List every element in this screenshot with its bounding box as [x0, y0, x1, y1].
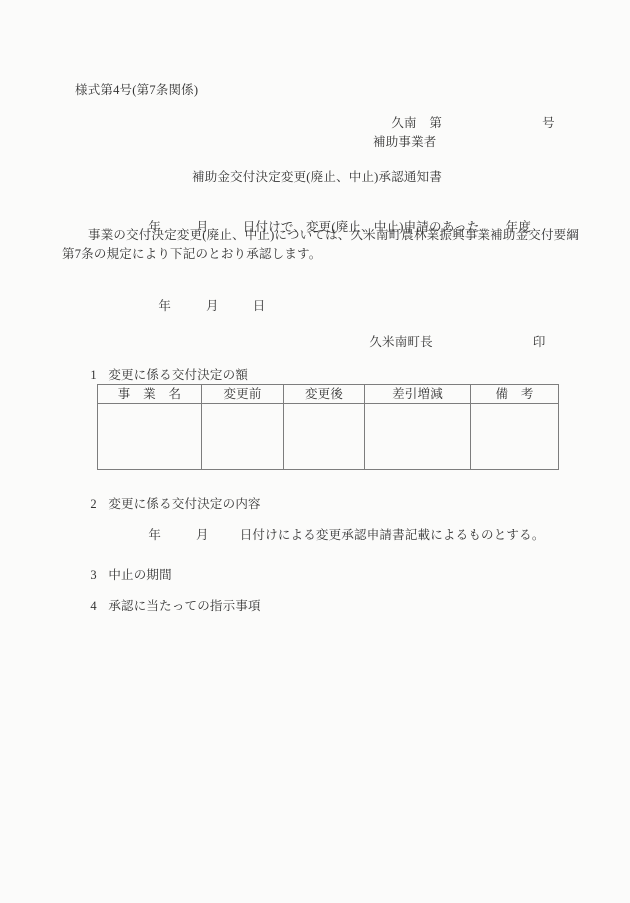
document-page: 様式第4号(第7条関係) 久南 第号 補助事業者 補助金交付決定変更(廃止、中止…: [0, 0, 630, 903]
section-2-content-line: 年月日付けによる変更承認申請書記載によるものとする。: [135, 514, 545, 557]
section2-month-label: 月: [196, 528, 209, 542]
cell-difference: [365, 404, 471, 470]
document-title: 補助金交付決定変更(廃止、中止)承認通知書: [192, 170, 442, 184]
col-header-difference: 差引増減: [365, 385, 471, 404]
date-year-label: 年: [158, 299, 171, 313]
section-2-title: 変更に係る交付決定の内容: [108, 497, 260, 511]
section-4-title: 承認に当たっての指示事項: [108, 599, 260, 613]
section-3-number: 3: [90, 568, 108, 582]
cell-remarks: [471, 404, 559, 470]
section-1-number: 1: [90, 368, 108, 382]
mayor-title: 久米南町長: [369, 335, 433, 349]
body-paragraph-line2: 事業の交付決定変更(廃止、中止)については、久米南町農林業振興事業補助金交付要綱: [88, 228, 579, 242]
col-header-before-change: 変更前: [202, 385, 284, 404]
table-row: [98, 404, 559, 470]
form-number: 様式第4号(第7条関係): [75, 83, 198, 97]
date-day-label: 日: [253, 299, 266, 313]
section-2-number: 2: [90, 497, 108, 511]
section2-text: 日付けによる変更承認申請書記載によるものとする。: [240, 528, 545, 542]
date-line: 年月日: [145, 285, 265, 328]
section-1-title: 変更に係る交付決定の額: [108, 368, 248, 382]
cell-project-name: [98, 404, 202, 470]
table-header-row: 事 業 名 変更前 変更後 差引増減 備 考: [98, 385, 559, 404]
date-month-label: 月: [206, 299, 219, 313]
col-header-after-change: 変更後: [284, 385, 365, 404]
section2-year-label: 年: [148, 528, 161, 542]
decision-amount-table: 事 業 名 変更前 変更後 差引増減 備 考: [97, 384, 559, 470]
doc-number-prefix: 久南 第: [391, 116, 442, 130]
cell-after-change: [284, 404, 365, 470]
section-4-number: 4: [90, 599, 108, 613]
doc-number-suffix: 号: [542, 116, 555, 130]
section-3-title: 中止の期間: [108, 568, 172, 582]
col-header-remarks: 備 考: [471, 385, 559, 404]
section-4-heading: 4承認に当たっての指示事項: [77, 585, 261, 628]
addressee: 補助事業者: [373, 135, 437, 149]
seal-label: 印: [533, 335, 546, 349]
signature-line: 久米南町長印: [356, 321, 546, 364]
body-paragraph-line3: 第7条の規定により下記のとおり承認します。: [62, 247, 321, 261]
cell-before-change: [202, 404, 284, 470]
col-header-project-name: 事 業 名: [98, 385, 202, 404]
